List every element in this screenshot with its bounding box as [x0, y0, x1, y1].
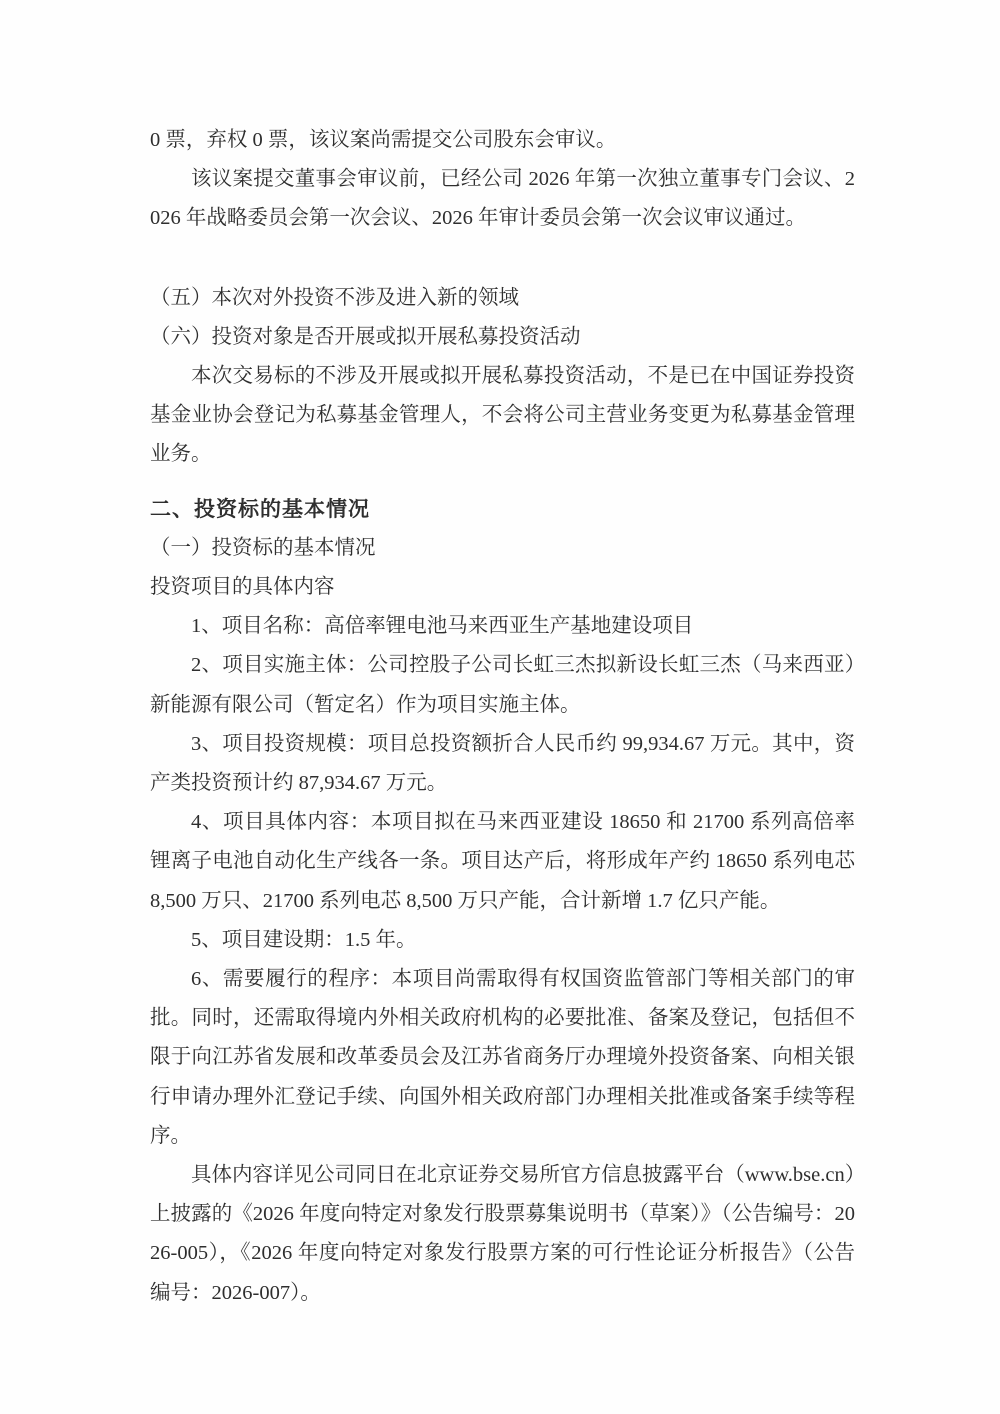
list-item-1-project-name: 1、项目名称：高倍率锂电池马来西亚生产基地建设项目: [150, 607, 855, 646]
paragraph-vote-result: 0 票，弃权 0 票，该议案尚需提交公司股东会审议。: [150, 121, 855, 160]
paragraph-private-fund-statement: 本次交易标的不涉及开展或拟开展私募投资活动，不是已在中国证券投资基金业协会登记为…: [150, 357, 855, 475]
subsection-6-heading: （六）投资对象是否开展或拟开展私募投资活动: [150, 318, 855, 357]
list-item-3-investment-scale: 3、项目投资规模：项目总投资额折合人民币约 99,934.67 万元。其中，资产…: [150, 725, 855, 803]
paragraph-disclosure-reference: 具体内容详见公司同日在北京证券交易所官方信息披露平台（www.bse.cn）上披…: [150, 1156, 855, 1313]
document-page: 0 票，弃权 0 票，该议案尚需提交公司股东会审议。 该议案提交董事会审议前，已…: [0, 0, 1000, 1414]
document-body: 0 票，弃权 0 票，该议案尚需提交公司股东会审议。 该议案提交董事会审议前，已…: [150, 121, 855, 1313]
list-item-2-implementation-entity: 2、项目实施主体：公司控股子公司长虹三杰拟新设长虹三杰（马来西亚）新能源有限公司…: [150, 646, 855, 724]
paragraph-project-details-title: 投资项目的具体内容: [150, 568, 855, 607]
paragraph-pre-review-committees: 该议案提交董事会审议前，已经公司 2026 年第一次独立董事专门会议、2026 …: [150, 160, 855, 238]
subsection-1-heading: （一）投资标的基本情况: [150, 529, 855, 568]
list-item-5-construction-period: 5、项目建设期：1.5 年。: [150, 921, 855, 960]
list-item-4-project-content: 4、项目具体内容：本项目拟在马来西亚建设 18650 和 21700 系列高倍率…: [150, 803, 855, 921]
list-item-6-required-procedures: 6、需要履行的程序：本项目尚需取得有权国资监管部门等相关部门的审批。同时，还需取…: [150, 960, 855, 1156]
subsection-5-heading: （五）本次对外投资不涉及进入新的领域: [150, 279, 855, 318]
section-2-heading: 二、投资标的基本情况: [150, 490, 855, 529]
